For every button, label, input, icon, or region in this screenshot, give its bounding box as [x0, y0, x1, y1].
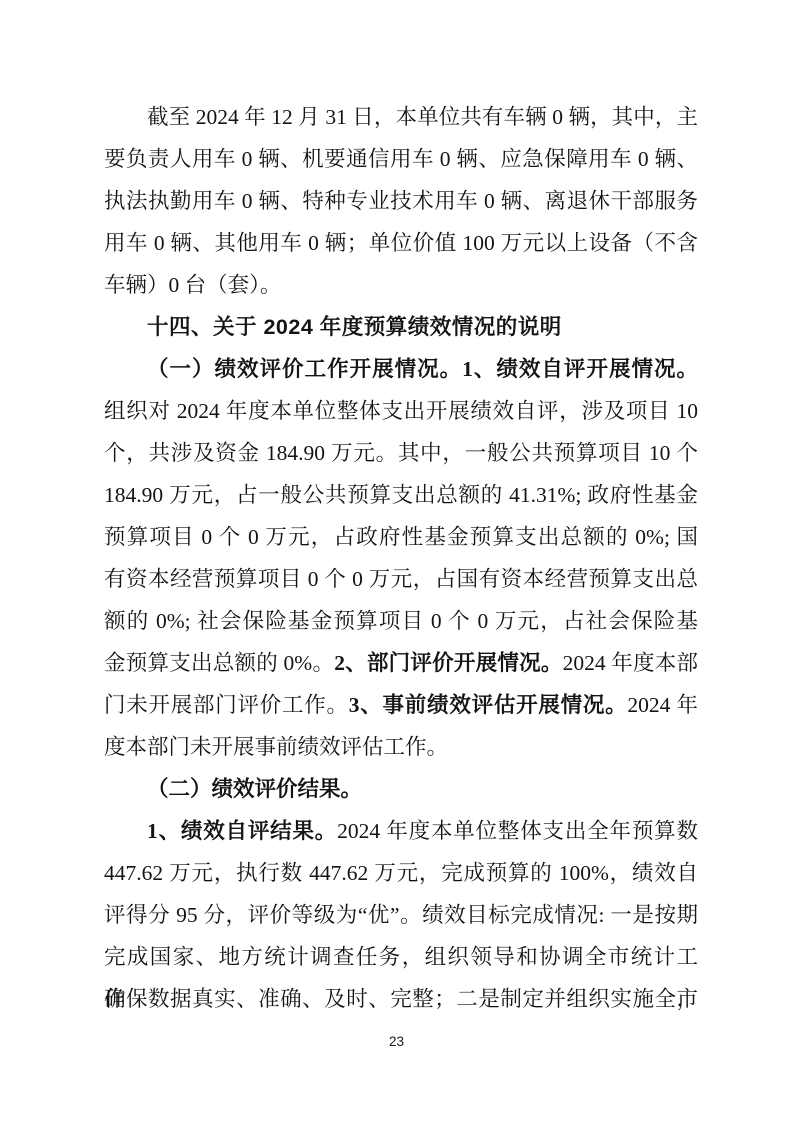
para-selfeval-line-7: 金预算支出总额的 0%。2、部门评价开展情况。2024 年度本部: [104, 642, 698, 684]
para-selfeval-line-1: 组织对 2024 年度本单位整体支出开展绩效自评，涉及项目 10: [104, 390, 698, 432]
para-vehicles-line-1: 截至 2024 年 12 月 31 日，本单位共有车辆 0 辆，其中，主: [104, 96, 698, 138]
text-segment: 确保数据真实、准确、及时、完整；二是制定并组织实施全市: [104, 987, 698, 1011]
text-segment: 447.62 万元，执行数 447.62 万元，完成预算的 100%，绩效自: [104, 861, 698, 885]
para-selfeval-line-5: 有资本经营预算项目 0 个 0 万元，占国有资本经营预算支出总: [104, 558, 698, 600]
text-segment: 用车 0 辆、其他用车 0 辆；单位价值 100 万元以上设备（不含: [104, 231, 698, 255]
para-vehicles-line-3: 执法执勤用车 0 辆、特种专业技术用车 0 辆、离退休干部服务: [104, 180, 698, 222]
text-segment: 2024 年度本单位整体支出全年预算数: [337, 819, 698, 843]
para-result-line-4: 完成国家、地方统计调查任务，组织领导和协调全市统计工作，: [104, 936, 698, 978]
para-selfeval-line-3: 184.90 万元，占一般公共预算支出总额的 41.31%; 政府性基金: [104, 474, 698, 516]
text-segment: 184.90 万元，占一般公共预算支出总额的 41.31%; 政府性基金: [104, 483, 698, 507]
text-segment: 车辆）0 台（套）。: [104, 273, 281, 297]
page-number: 23: [0, 1032, 793, 1052]
text-segment: 2024 年度本部: [563, 651, 698, 675]
text-segment: 要负责人用车 0 辆、机要通信用车 0 辆、应急保障用车 0 辆、: [104, 147, 698, 171]
para-result-line-3: 评得分 95 分，评价等级为“优”。绩效目标完成情况: 一是按期: [104, 894, 698, 936]
para-result-line-5: 确保数据真实、准确、及时、完整；二是制定并组织实施全市: [104, 978, 698, 1020]
bold-text-segment: 3、事前绩效评估开展情况。: [349, 693, 628, 717]
para-selfeval-line-4: 预算项目 0 个 0 万元，占政府性基金预算支出总额的 0%; 国: [104, 516, 698, 558]
text-segment: 预算项目 0 个 0 万元，占政府性基金预算支出总额的 0%; 国: [104, 525, 698, 549]
para-vehicles-line-4: 用车 0 辆、其他用车 0 辆；单位价值 100 万元以上设备（不含: [104, 222, 698, 264]
bold-text-segment: 十四、关于 2024 年度预算绩效情况的说明: [147, 315, 562, 339]
bold-text-segment: 1、绩效自评结果。: [147, 819, 337, 843]
text-segment: 评得分 95 分，评价等级为“优”。绩效目标完成情况: 一是按期: [104, 903, 698, 927]
text-segment: 截至 2024 年 12 月 31 日，本单位共有车辆 0 辆，其中，主: [147, 105, 698, 129]
para-result-line-2: 447.62 万元，执行数 447.62 万元，完成预算的 100%，绩效自: [104, 852, 698, 894]
para-selfeval-line-2: 个，共涉及资金 184.90 万元。其中，一般公共预算项目 10 个: [104, 432, 698, 474]
para-vehicles-line-5: 车辆）0 台（套）。: [104, 264, 698, 306]
subheading-2: （二）绩效评价结果。: [104, 768, 698, 810]
bold-text-segment: （二）绩效评价结果。: [147, 777, 362, 801]
para-selfeval-line-9: 度本部门未开展事前绩效评估工作。: [104, 726, 698, 768]
text-segment: 金预算支出总额的 0%。: [104, 651, 334, 675]
text-segment: 门未开展部门评价工作。: [104, 693, 349, 717]
document-lines: 截至 2024 年 12 月 31 日，本单位共有车辆 0 辆，其中，主要负责人…: [104, 96, 698, 1020]
para-result-line-1: 1、绩效自评结果。2024 年度本单位整体支出全年预算数: [104, 810, 698, 852]
para-selfeval-line-8: 门未开展部门评价工作。3、事前绩效评估开展情况。2024 年: [104, 684, 698, 726]
text-segment: 2024 年: [627, 693, 698, 717]
text-segment: 个，共涉及资金 184.90 万元。其中，一般公共预算项目 10 个: [104, 441, 698, 465]
subheading-1-line-1: （一）绩效评价工作开展情况。1、绩效自评开展情况。: [104, 348, 698, 390]
para-selfeval-line-6: 额的 0%; 社会保险基金预算项目 0 个 0 万元，占社会保险基: [104, 600, 698, 642]
para-vehicles-line-2: 要负责人用车 0 辆、机要通信用车 0 辆、应急保障用车 0 辆、: [104, 138, 698, 180]
text-segment: 度本部门未开展事前绩效评估工作。: [104, 735, 448, 759]
document-page: 截至 2024 年 12 月 31 日，本单位共有车辆 0 辆，其中，主要负责人…: [0, 0, 793, 1122]
text-segment: 额的 0%; 社会保险基金预算项目 0 个 0 万元，占社会保险基: [104, 609, 698, 633]
text-segment: 执法执勤用车 0 辆、特种专业技术用车 0 辆、离退休干部服务: [104, 189, 698, 213]
bold-text-segment: 2、部门评价开展情况。: [334, 651, 562, 675]
text-segment: 组织对 2024 年度本单位整体支出开展绩效自评，涉及项目 10: [104, 399, 698, 423]
bold-text-segment: （一）绩效评价工作开展情况。1、绩效自评开展情况。: [147, 357, 698, 381]
text-segment: 有资本经营预算项目 0 个 0 万元，占国有资本经营预算支出总: [104, 567, 698, 591]
section-heading-14: 十四、关于 2024 年度预算绩效情况的说明: [104, 306, 698, 348]
